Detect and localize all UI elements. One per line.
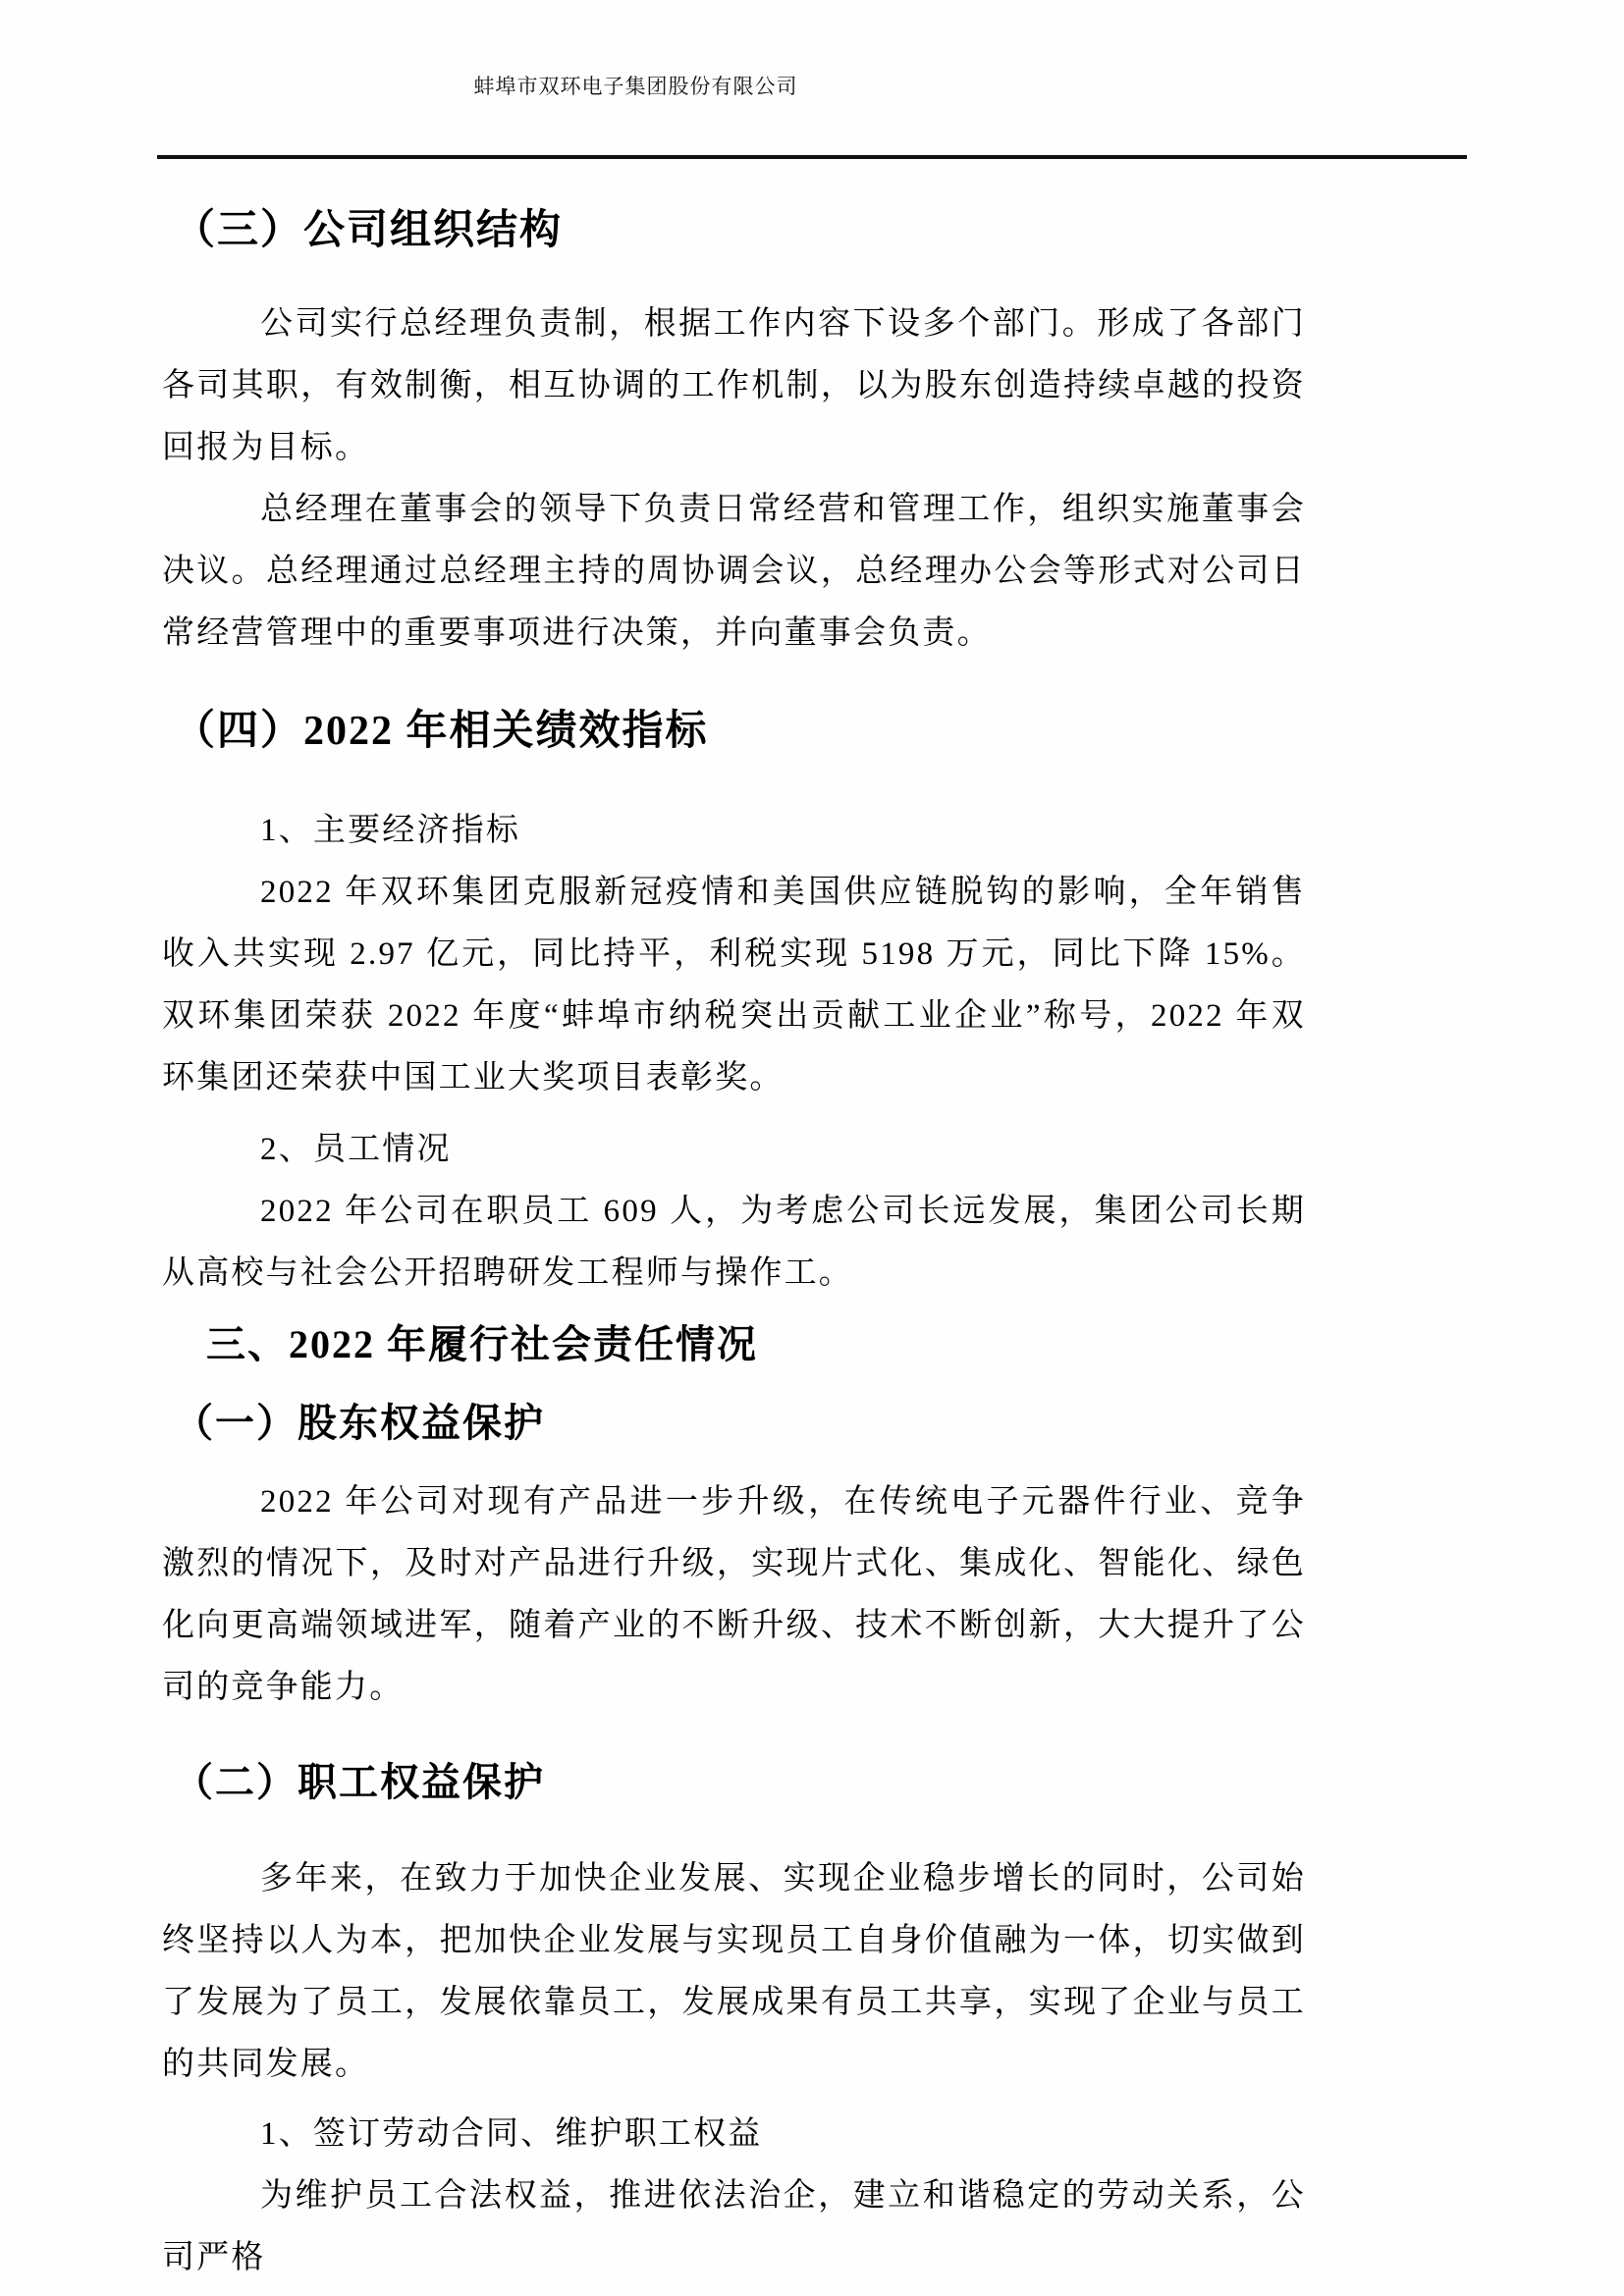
company-name: 蚌埠市双环电子集团股份有限公司 <box>162 67 1110 106</box>
document-page: 蚌埠市双环电子集团股份有限公司 （三）公司组织结构 公司实行总经理负责制，根据工… <box>0 0 1624 2296</box>
heading-csr-2022: 三、2022 年履行社会责任情况 <box>162 1322 1306 1367</box>
page-header: 蚌埠市双环电子集团股份有限公司 <box>0 0 1624 159</box>
document-body: （三）公司组织结构 公司实行总经理负责制，根据工作内容下设多个部门。形成了各部门… <box>162 207 1306 2289</box>
paragraph-labor-contract: 为维护员工合法权益，推进依法治企，建立和谐稳定的劳动关系，公司严格 <box>162 2165 1306 2289</box>
heading-kpi-2022: （四）2022 年相关绩效指标 <box>162 708 1306 755</box>
list-item-labor-contract: 1、签订劳动合同、维护职工权益 <box>162 2104 1306 2165</box>
paragraph-economic-indicators: 2022 年双环集团克服新冠疫情和美国供应链脱钩的影响，全年销售收入共实现 2.… <box>162 862 1306 1109</box>
paragraph-employee-situation: 2022 年公司在职员工 609 人，为考虑公司长远发展，集团公司长期从高校与社… <box>162 1181 1306 1305</box>
heading-org-structure: （三）公司组织结构 <box>162 207 1306 254</box>
list-item-economic-indicators: 1、主要经济指标 <box>162 800 1306 862</box>
header-divider <box>157 155 1467 159</box>
paragraph-org-1: 公司实行总经理负责制，根据工作内容下设多个部门。形成了各部门各司其职，有效制衡，… <box>162 294 1306 479</box>
list-item-employee-situation: 2、员工情况 <box>162 1119 1306 1181</box>
heading-shareholder-rights: （一）股东权益保护 <box>162 1401 1306 1446</box>
heading-staff-rights: （二）职工权益保护 <box>162 1760 1306 1805</box>
paragraph-staff-rights: 多年来，在致力于加快企业发展、实现企业稳步增长的同时，公司始终坚持以人为本，把加… <box>162 1848 1306 2096</box>
paragraph-org-2: 总经理在董事会的领导下负责日常经营和管理工作，组织实施董事会决议。总经理通过总经… <box>162 479 1306 665</box>
paragraph-shareholder-rights: 2022 年公司对现有产品进一步升级，在传统电子元器件行业、竞争激烈的情况下，及… <box>162 1471 1306 1719</box>
